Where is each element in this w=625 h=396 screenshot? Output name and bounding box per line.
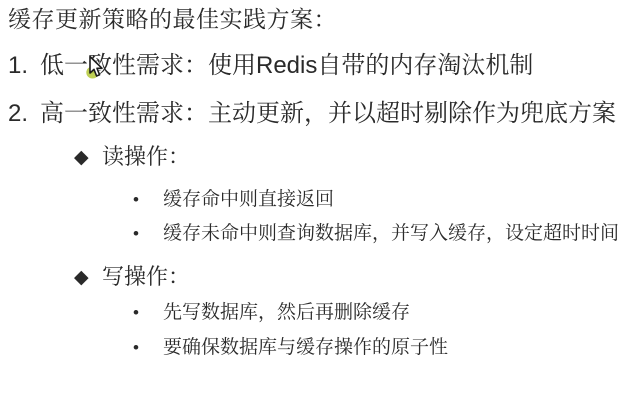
page-title: 缓存更新策略的最佳实践方案： [8, 5, 337, 34]
list-item: •先写数据库，然后再删除缓存 [133, 301, 410, 325]
bullet-text: 先写数据库，然后再删除缓存 [163, 302, 410, 323]
section-label: 读操作： [102, 144, 190, 169]
list-item: •缓存未命中则查询数据库，并写入缓存，设定超时时间 [133, 222, 619, 246]
list-item-2: 2.高一致性需求：主动更新，并以超时剔除作为兜底方案 [8, 99, 616, 129]
section-header-read: ◆读操作： [74, 143, 190, 171]
bullet-text: 缓存命中则直接返回 [163, 189, 334, 210]
list-item-text: 低一致性需求：使用Redis自带的内存淘汰机制 [40, 52, 533, 79]
bullet-dot-icon: • [133, 337, 163, 358]
diamond-bullet-icon: ◆ [74, 146, 102, 170]
bullet-dot-icon: • [133, 189, 163, 210]
list-item: •要确保数据库与缓存操作的原子性 [133, 336, 448, 360]
list-item-text: 高一致性需求：主动更新，并以超时剔除作为兜底方案 [40, 100, 616, 127]
section-header-write: ◆写操作： [74, 263, 190, 291]
bullet-text: 缓存未命中则查询数据库，并写入缓存，设定超时时间 [163, 223, 619, 244]
bullet-text: 要确保数据库与缓存操作的原子性 [163, 337, 448, 358]
list-item: •缓存命中则直接返回 [133, 188, 334, 212]
section-label: 写操作： [102, 264, 190, 289]
bullet-dot-icon: • [133, 302, 163, 323]
mouse-cursor-icon [86, 55, 104, 81]
list-number: 1. [8, 51, 40, 81]
diamond-bullet-icon: ◆ [74, 266, 102, 290]
document-page: 缓存更新策略的最佳实践方案： 1.低一致性需求：使用Redis自带的内存淘汰机制… [0, 0, 625, 396]
list-number: 2. [8, 99, 40, 129]
bullet-dot-icon: • [133, 223, 163, 244]
